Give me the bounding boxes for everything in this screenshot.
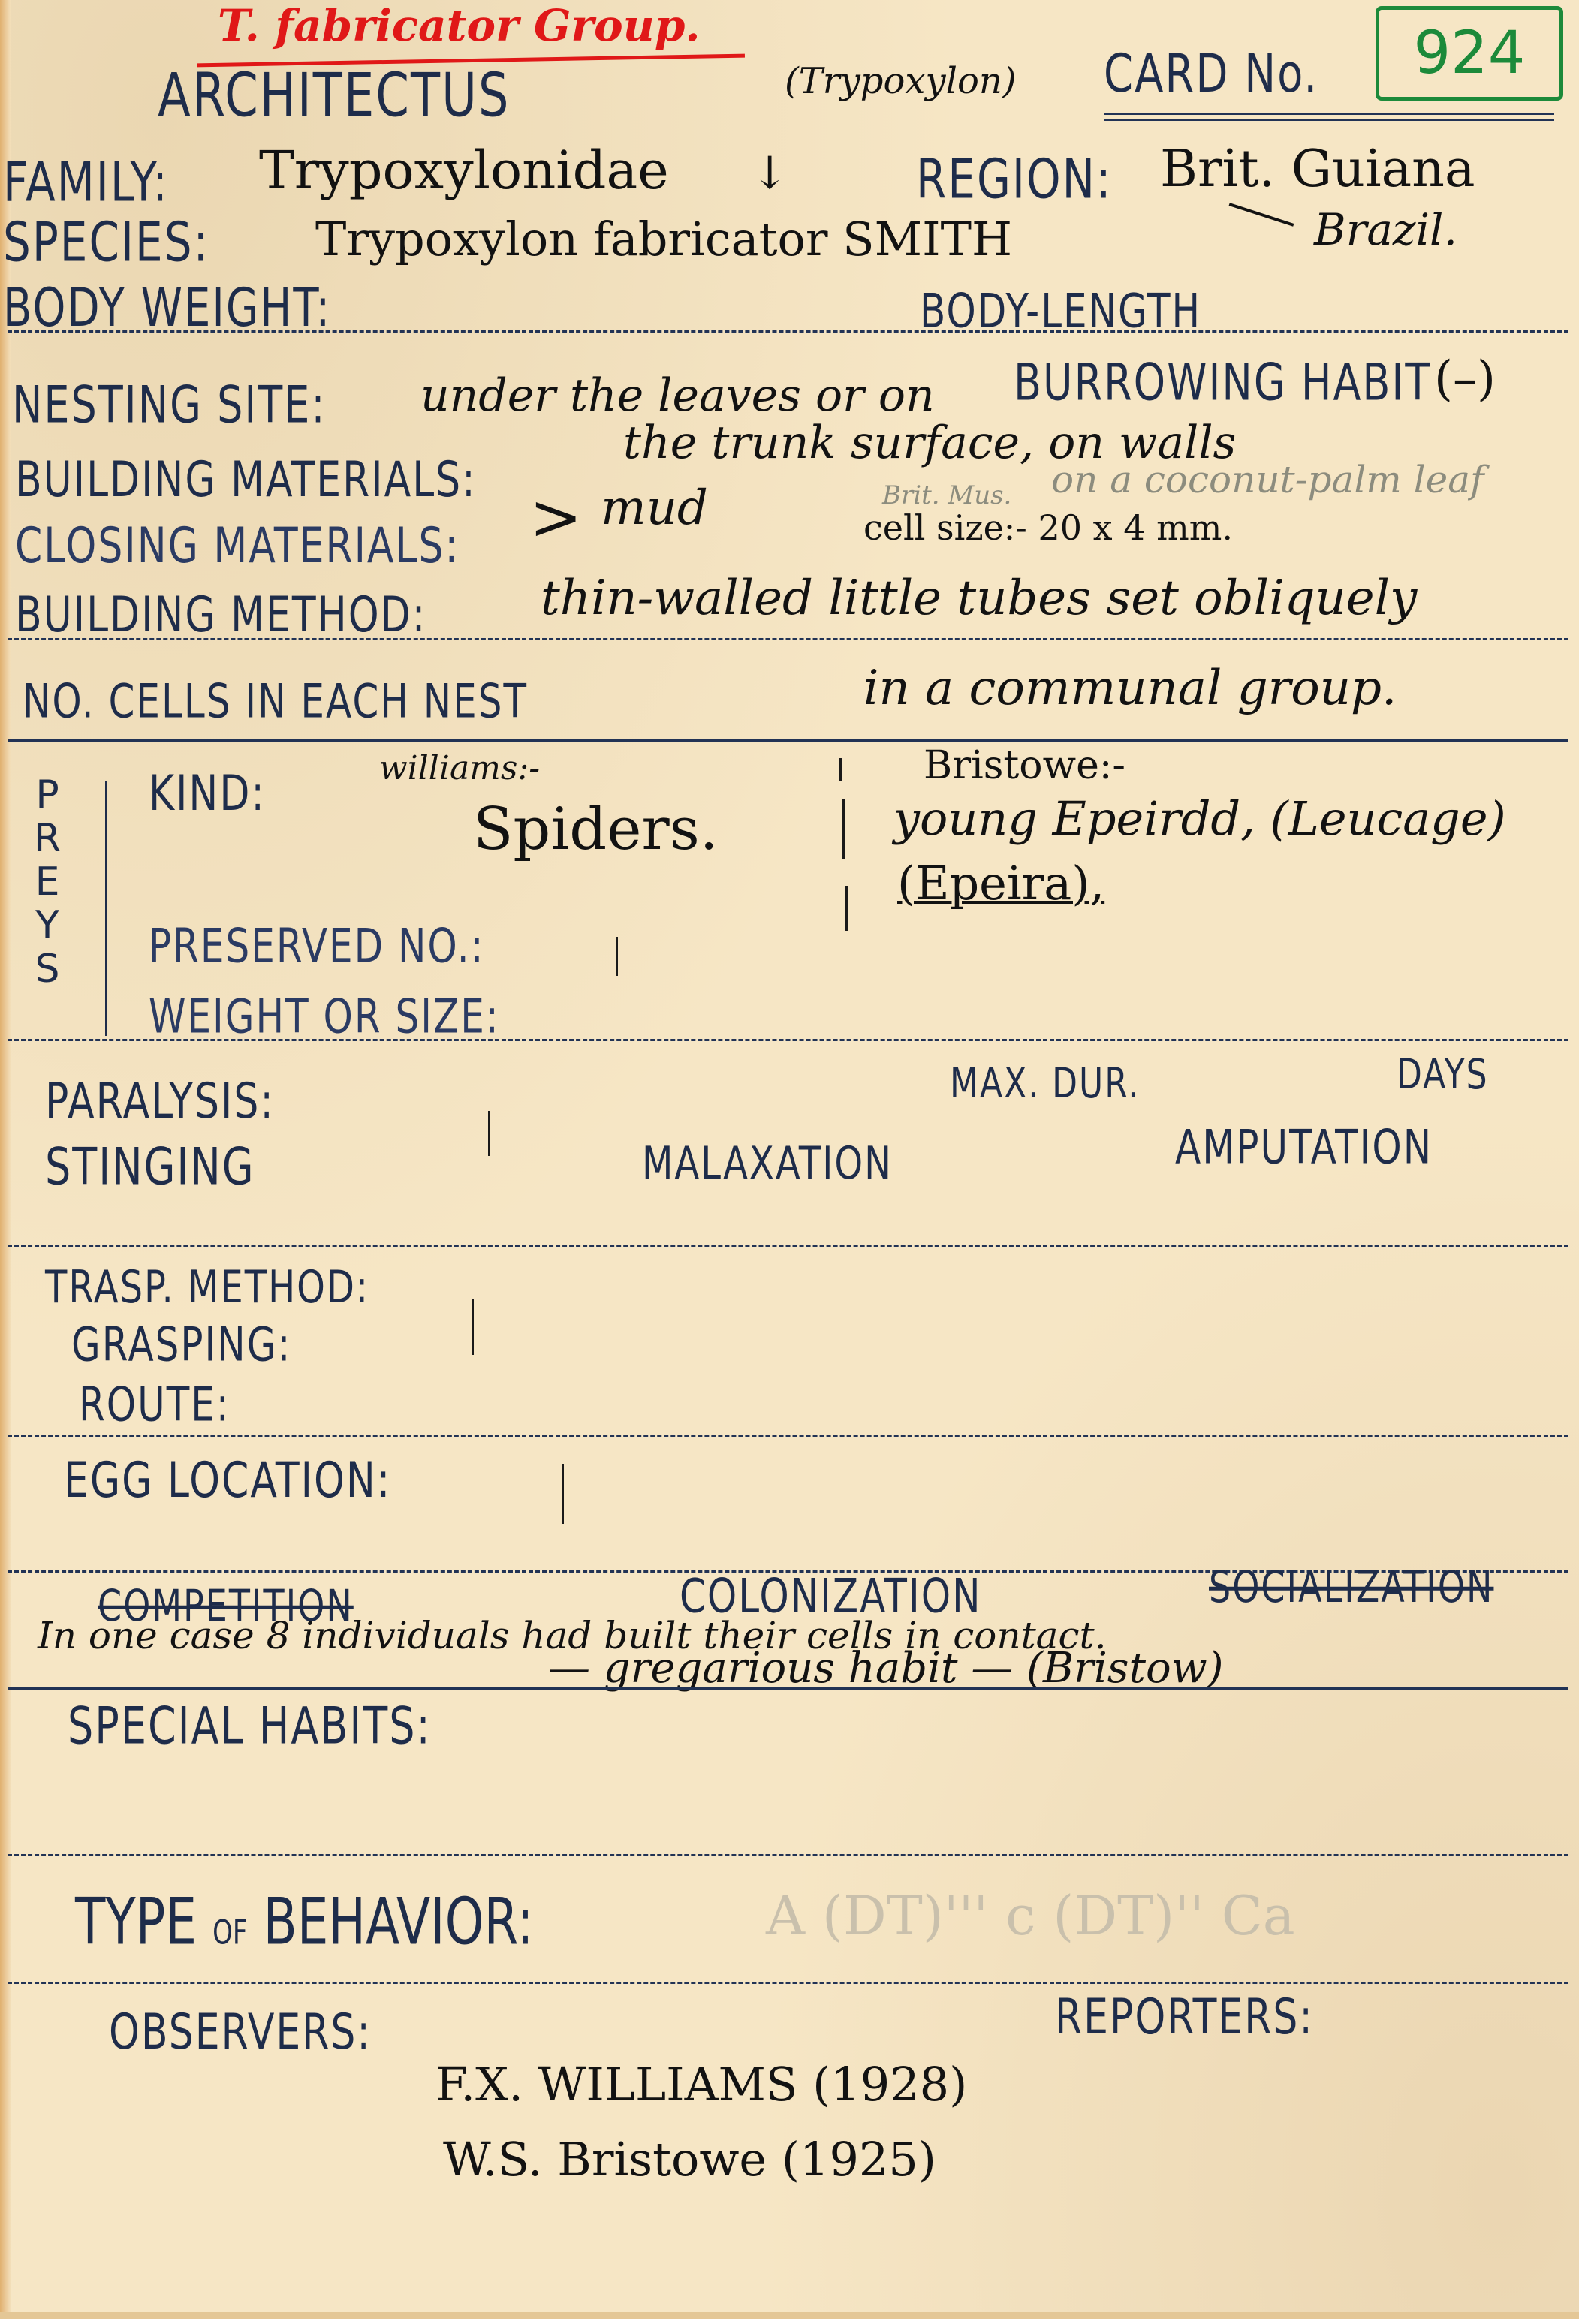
column-mark xyxy=(616,937,618,976)
nesting-site-label: NESTING SITE: xyxy=(12,375,327,435)
card-no-underline-2 xyxy=(1104,119,1554,121)
divider xyxy=(8,739,1568,742)
region-connector xyxy=(1229,203,1294,227)
divider xyxy=(8,1039,1568,1041)
socialization-label: SOCIALIZATION xyxy=(1209,1561,1493,1612)
species-value: Trypoxylon fabricator SMITH xyxy=(315,212,1012,266)
divider xyxy=(8,1245,1568,1247)
species-label: SPECIES: xyxy=(3,210,209,274)
special-habits-label: SPECIAL HABITS: xyxy=(68,1696,432,1756)
building-method-label: BUILDING METHOD: xyxy=(15,587,426,643)
divider xyxy=(8,1854,1568,1856)
pencil-note-museum: Brit. Mus. xyxy=(882,480,1011,510)
grasping-label: GRASPING: xyxy=(71,1317,291,1372)
divider xyxy=(8,638,1568,640)
column-mark xyxy=(472,1299,474,1355)
cells-value: in a communal group. xyxy=(863,661,1397,716)
group-annotation: T. fabricator Group. xyxy=(218,0,701,51)
card-no-underline xyxy=(1104,113,1554,115)
williams-note: williams:- xyxy=(379,749,540,787)
reporters-label: REPORTERS: xyxy=(1055,1989,1314,2046)
route-label: ROUTE: xyxy=(79,1377,231,1432)
williams-value: Spiders. xyxy=(473,796,719,863)
preys-bracket xyxy=(105,781,107,1036)
materials-value: mud xyxy=(601,480,708,536)
type-of-behavior-label: TYPE OF BEHAVIOR: xyxy=(75,1884,534,1959)
observer-williams: F.X. WILLIAMS (1928) xyxy=(435,2057,967,2112)
observers-label: OBSERVERS: xyxy=(109,2004,372,2061)
bristowe-value-2: (Epeira), xyxy=(897,856,1104,911)
stinging-label: STINGING xyxy=(45,1137,255,1197)
column-mark xyxy=(839,758,842,781)
cell-size: cell size:- 20 x 4 mm. xyxy=(863,507,1233,548)
amputation-label: AMPUTATION xyxy=(1175,1120,1433,1175)
paralysis-label: PARALYSIS: xyxy=(45,1073,275,1130)
burrowing-value: (–) xyxy=(1434,351,1496,407)
divider xyxy=(8,1982,1568,1984)
preys-side-label: P R E Y S xyxy=(29,773,66,991)
cells-label: NO. CELLS IN EACH NEST xyxy=(23,674,528,729)
weight-size-label: WEIGHT OR SIZE: xyxy=(149,989,500,1044)
card-number: 924 xyxy=(1376,6,1563,101)
transport-method-label: TRASP. METHOD: xyxy=(45,1261,369,1314)
region-value-2: Brazil. xyxy=(1314,204,1457,255)
region-label: REGION: xyxy=(916,147,1113,211)
bristowe-value: young Epeirdd, (Leucage) xyxy=(893,791,1506,846)
burrowing-label: BURROWING HABIT xyxy=(1014,353,1431,412)
behavior-formula: A (DT)''' c (DT)'' Ca xyxy=(766,1884,1295,1947)
egg-location-label: EGG LOCATION: xyxy=(64,1452,391,1509)
materials-brace: > xyxy=(529,480,582,554)
card-no-label: CARD No. xyxy=(1104,44,1318,104)
region-value: Brit. Guiana xyxy=(1160,140,1475,199)
nesting-site-value: under the leaves or on xyxy=(420,369,935,422)
closing-materials-label: CLOSING MATERIALS: xyxy=(15,518,460,574)
column-mark xyxy=(845,886,848,931)
divider xyxy=(8,330,1568,333)
index-card: T. fabricator Group. ARCHITECTUS (Trypox… xyxy=(0,0,1579,2319)
bristowe-note: Bristowe:- xyxy=(924,743,1125,788)
column-mark xyxy=(562,1464,564,1524)
social-note-line-2: — gregarious habit — (Bristow) xyxy=(548,1644,1224,1693)
column-mark xyxy=(842,799,845,859)
genus-note: (Trypoxylon) xyxy=(785,60,1017,102)
kind-label: KIND: xyxy=(149,766,266,822)
family-arrow: ↓ xyxy=(751,147,788,200)
preserved-label: PRESERVED NO.: xyxy=(149,919,484,974)
days-label: DAYS xyxy=(1397,1051,1489,1099)
max-dur-label: MAX. DUR. xyxy=(950,1060,1140,1108)
family-label: FAMILY: xyxy=(3,150,169,214)
divider xyxy=(8,1687,1568,1690)
building-materials-label: BUILDING MATERIALS: xyxy=(15,452,477,508)
observer-bristowe: W.S. Bristowe (1925) xyxy=(443,2132,936,2187)
malaxation-label: MALAXATION xyxy=(642,1137,893,1190)
divider xyxy=(8,1435,1568,1437)
header-title: ARCHITECTUS xyxy=(158,62,511,131)
building-method-value: thin-walled little tubes set obliquely xyxy=(541,570,1417,626)
family-value: Trypoxylonidae xyxy=(259,140,669,201)
pencil-note-location: on a coconut-palm leaf xyxy=(1051,458,1484,501)
column-mark xyxy=(488,1111,490,1156)
card-edge xyxy=(0,0,11,2312)
